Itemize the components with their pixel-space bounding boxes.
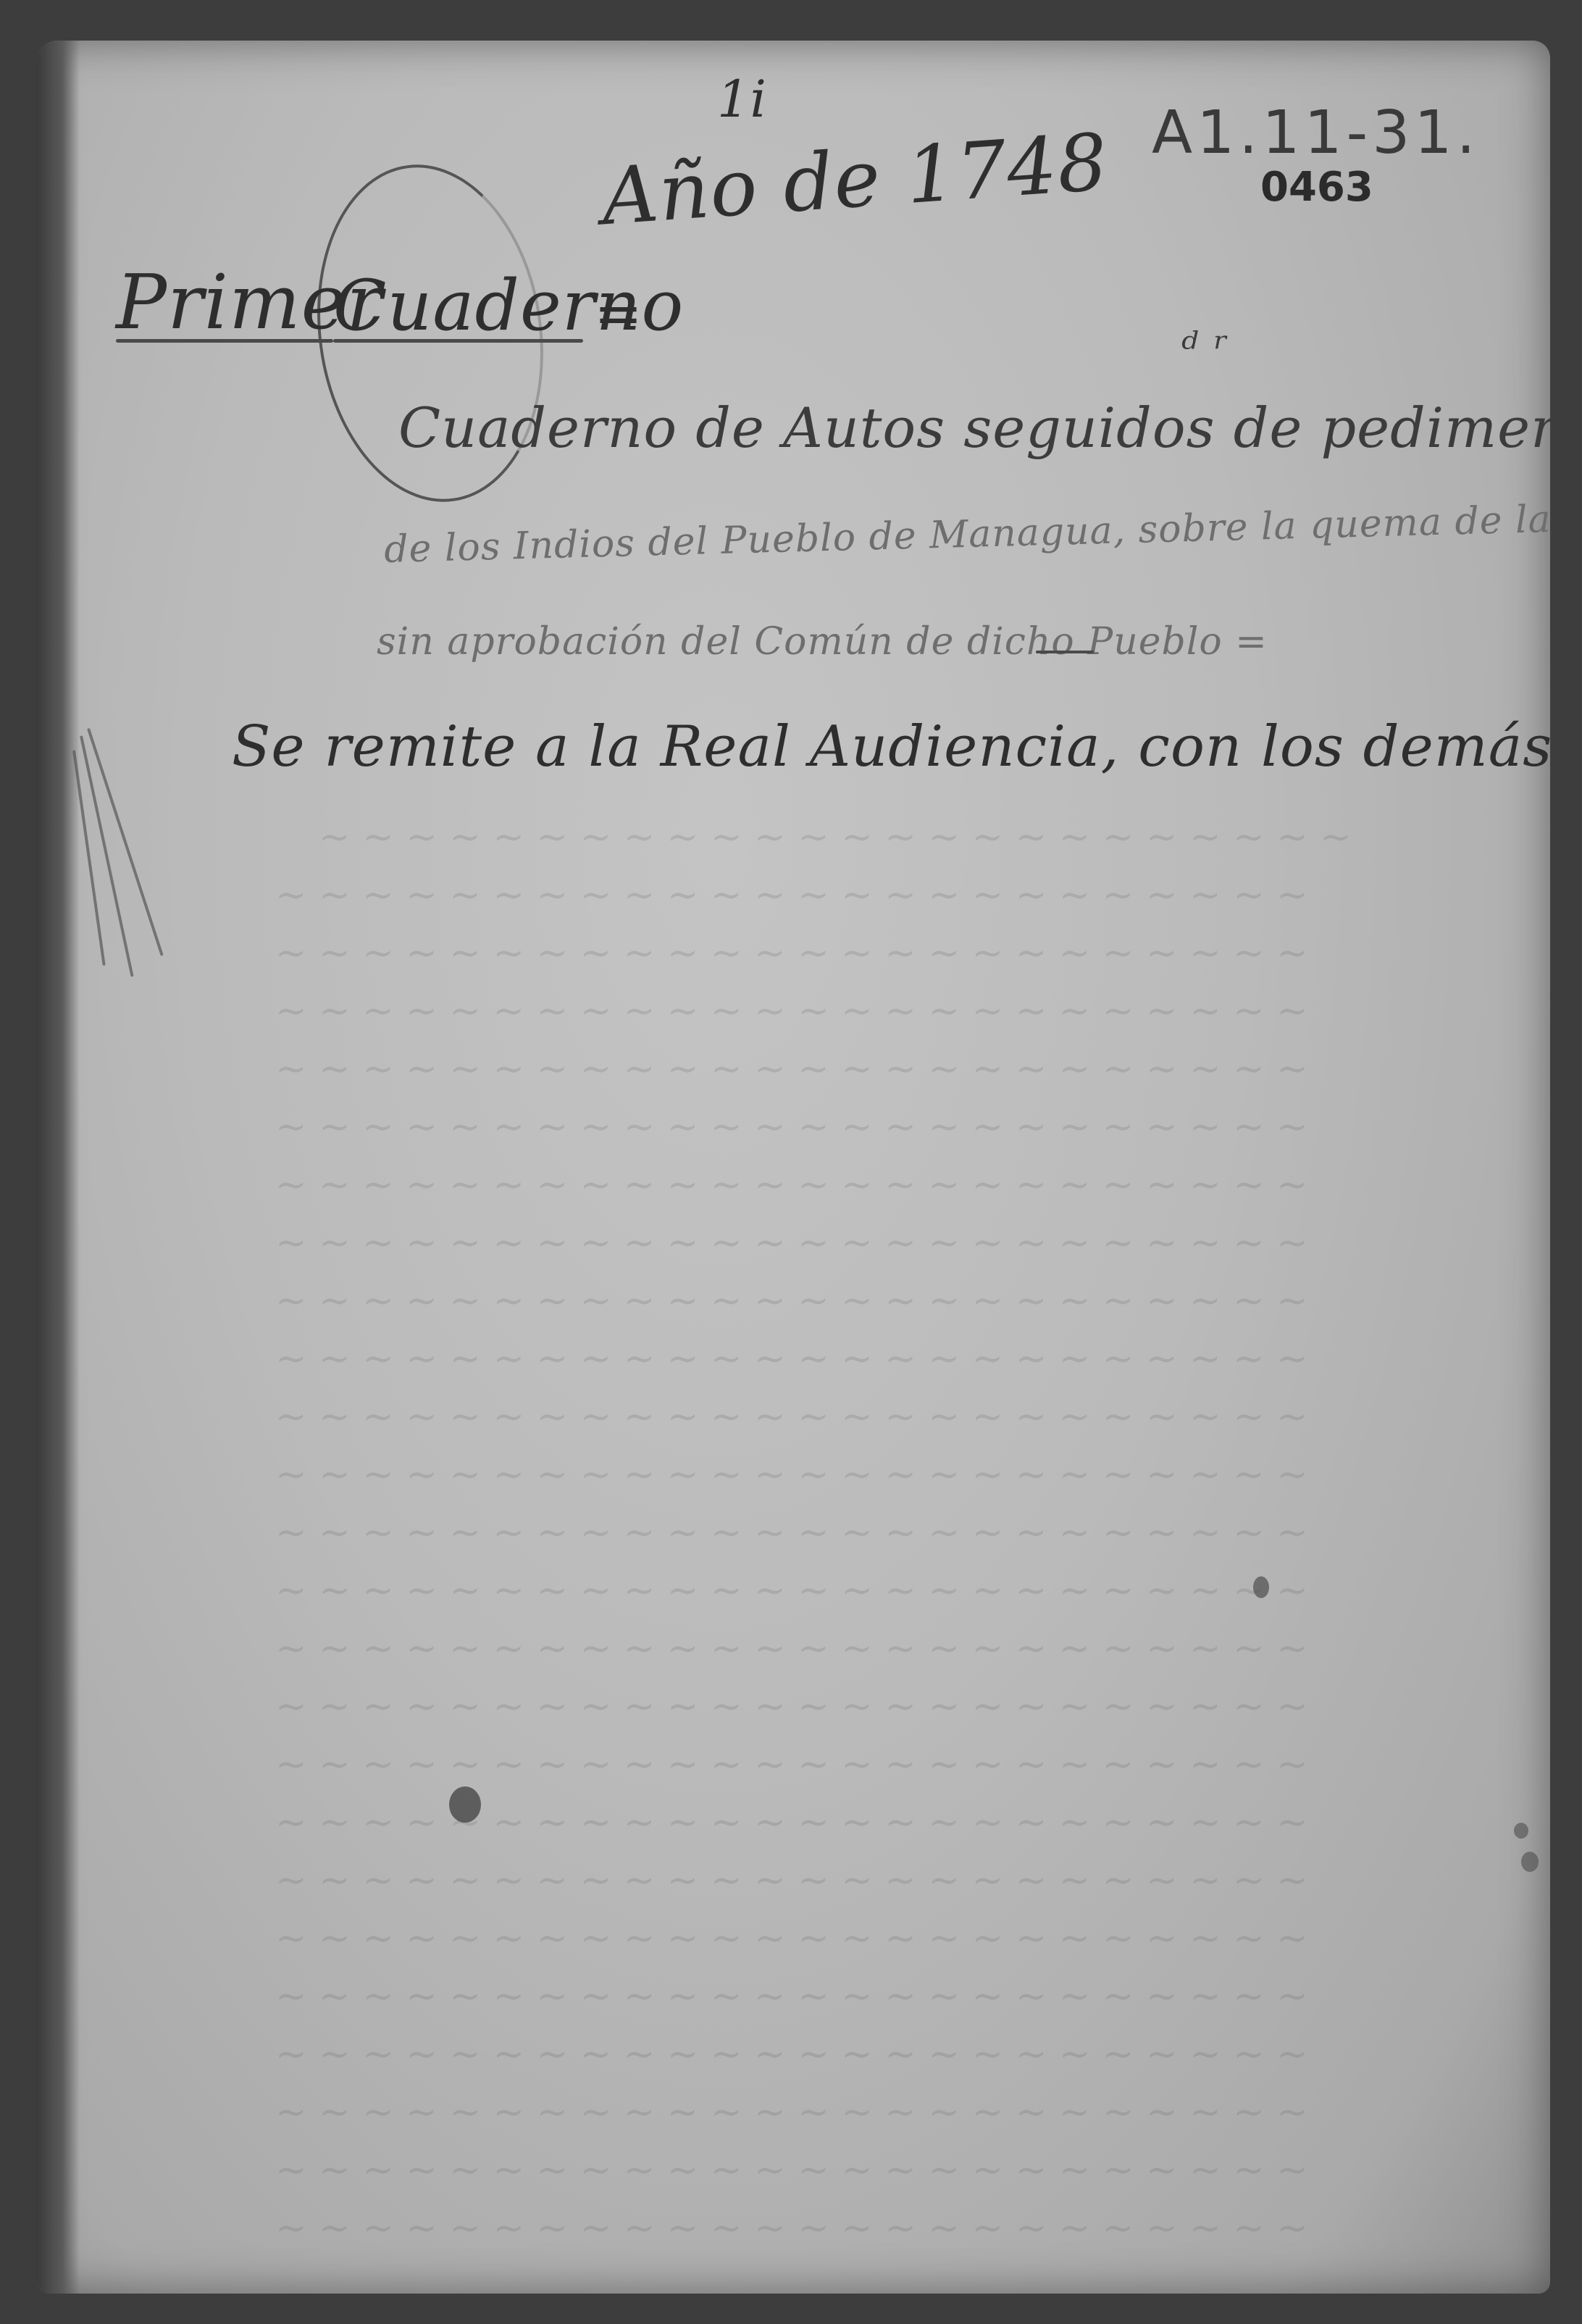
bleed-line: ~ ~ ~ ~ ~ ~ ~ ~ ~ ~ ~ ~ ~ ~ ~ ~ ~ ~ ~ ~ … xyxy=(275,932,1308,975)
bleed-line: ~ ~ ~ ~ ~ ~ ~ ~ ~ ~ ~ ~ ~ ~ ~ ~ ~ ~ ~ ~ … xyxy=(275,1105,1308,1149)
ink-blot xyxy=(1514,1823,1528,1839)
bleed-line: ~ ~ ~ ~ ~ ~ ~ ~ ~ ~ ~ ~ ~ ~ ~ ~ ~ ~ ~ ~ … xyxy=(275,1627,1308,1671)
bleed-line: ~ ~ ~ ~ ~ ~ ~ ~ ~ ~ ~ ~ ~ ~ ~ ~ ~ ~ ~ ~ … xyxy=(275,1917,1308,1960)
bleed-line: ~ ~ ~ ~ ~ ~ ~ ~ ~ ~ ~ ~ ~ ~ ~ ~ ~ ~ ~ ~ … xyxy=(275,1685,1308,1729)
year-superscript: 1i xyxy=(717,70,767,129)
bleed-line: ~ ~ ~ ~ ~ ~ ~ ~ ~ ~ ~ ~ ~ ~ ~ ~ ~ ~ ~ ~ … xyxy=(275,1453,1308,1497)
bleed-line: ~ ~ ~ ~ ~ ~ ~ ~ ~ ~ ~ ~ ~ ~ ~ ~ ~ ~ ~ ~ … xyxy=(275,2091,1308,2134)
remission-line: Se remite a la Real Audiencia, con los d… xyxy=(232,714,1550,779)
title-end-mark: = xyxy=(594,280,643,347)
bleed-line: ~ ~ ~ ~ ~ ~ ~ ~ ~ ~ ~ ~ ~ ~ ~ ~ ~ ~ ~ ~ … xyxy=(275,990,1308,1033)
bleed-line: ~ ~ ~ ~ ~ ~ ~ ~ ~ ~ ~ ~ ~ ~ ~ ~ ~ ~ ~ ~ … xyxy=(275,1337,1308,1381)
scan-background: 1i Año de 1748 A1.11-31. 0463 Primer Cua… xyxy=(0,0,1582,2324)
archive-reference: A1.11-31. xyxy=(1152,99,1480,167)
folio-stamp: 0463 xyxy=(1260,164,1373,211)
bleed-line: ~ ~ ~ ~ ~ ~ ~ ~ ~ ~ ~ ~ ~ ~ ~ ~ ~ ~ ~ ~ … xyxy=(275,2033,1308,2076)
binding-spine xyxy=(36,41,80,2294)
manuscript-page: 1i Año de 1748 A1.11-31. 0463 Primer Cua… xyxy=(36,41,1550,2294)
description-line-1: Cuaderno de Autos seguidos de pedimento xyxy=(398,396,1550,460)
title-underline-1 xyxy=(116,339,333,343)
description-superscript: ᵈ ʳ xyxy=(1181,323,1229,374)
ink-blot xyxy=(449,1786,481,1823)
bleed-line: ~ ~ ~ ~ ~ ~ ~ ~ ~ ~ ~ ~ ~ ~ ~ ~ ~ ~ ~ ~ … xyxy=(275,1048,1308,1091)
bleed-line: ~ ~ ~ ~ ~ ~ ~ ~ ~ ~ ~ ~ ~ ~ ~ ~ ~ ~ ~ ~ … xyxy=(275,1163,1308,1207)
bleed-line: ~ ~ ~ ~ ~ ~ ~ ~ ~ ~ ~ ~ ~ ~ ~ ~ ~ ~ ~ ~ … xyxy=(275,874,1308,917)
ink-blot xyxy=(1521,1852,1539,1872)
bleed-line: ~ ~ ~ ~ ~ ~ ~ ~ ~ ~ ~ ~ ~ ~ ~ ~ ~ ~ ~ ~ … xyxy=(275,1975,1308,2018)
bleed-line: ~ ~ ~ ~ ~ ~ ~ ~ ~ ~ ~ ~ ~ ~ ~ ~ ~ ~ ~ ~ … xyxy=(275,1279,1308,1323)
bleed-line: ~ ~ ~ ~ ~ ~ ~ ~ ~ ~ ~ ~ ~ ~ ~ ~ ~ ~ ~ ~ … xyxy=(319,816,1352,859)
bleed-line: ~ ~ ~ ~ ~ ~ ~ ~ ~ ~ ~ ~ ~ ~ ~ ~ ~ ~ ~ ~ … xyxy=(275,1859,1308,1902)
bleed-line: ~ ~ ~ ~ ~ ~ ~ ~ ~ ~ ~ ~ ~ ~ ~ ~ ~ ~ ~ ~ … xyxy=(275,1801,1308,1844)
bleed-line: ~ ~ ~ ~ ~ ~ ~ ~ ~ ~ ~ ~ ~ ~ ~ ~ ~ ~ ~ ~ … xyxy=(275,1395,1308,1439)
ink-blot xyxy=(1253,1576,1269,1598)
bleed-line: ~ ~ ~ ~ ~ ~ ~ ~ ~ ~ ~ ~ ~ ~ ~ ~ ~ ~ ~ ~ … xyxy=(275,1221,1308,1265)
bleed-line: ~ ~ ~ ~ ~ ~ ~ ~ ~ ~ ~ ~ ~ ~ ~ ~ ~ ~ ~ ~ … xyxy=(275,2207,1308,2250)
description-line-2: de los Indios del Pueblo de Managua, sob… xyxy=(384,495,1550,572)
year-line: Año de 1748 xyxy=(598,117,1110,243)
bleed-line: ~ ~ ~ ~ ~ ~ ~ ~ ~ ~ ~ ~ ~ ~ ~ ~ ~ ~ ~ ~ … xyxy=(275,1743,1308,1786)
bleed-line: ~ ~ ~ ~ ~ ~ ~ ~ ~ ~ ~ ~ ~ ~ ~ ~ ~ ~ ~ ~ … xyxy=(275,2149,1308,2192)
title-underline-2 xyxy=(333,339,583,343)
bleed-line: ~ ~ ~ ~ ~ ~ ~ ~ ~ ~ ~ ~ ~ ~ ~ ~ ~ ~ ~ ~ … xyxy=(275,1511,1308,1555)
bleed-line: ~ ~ ~ ~ ~ ~ ~ ~ ~ ~ ~ ~ ~ ~ ~ ~ ~ ~ ~ ~ … xyxy=(275,1569,1308,1613)
description-line-3: sin aprobación del Común de dicho Pueblo… xyxy=(377,620,1268,664)
description-end-underline xyxy=(1036,651,1094,653)
